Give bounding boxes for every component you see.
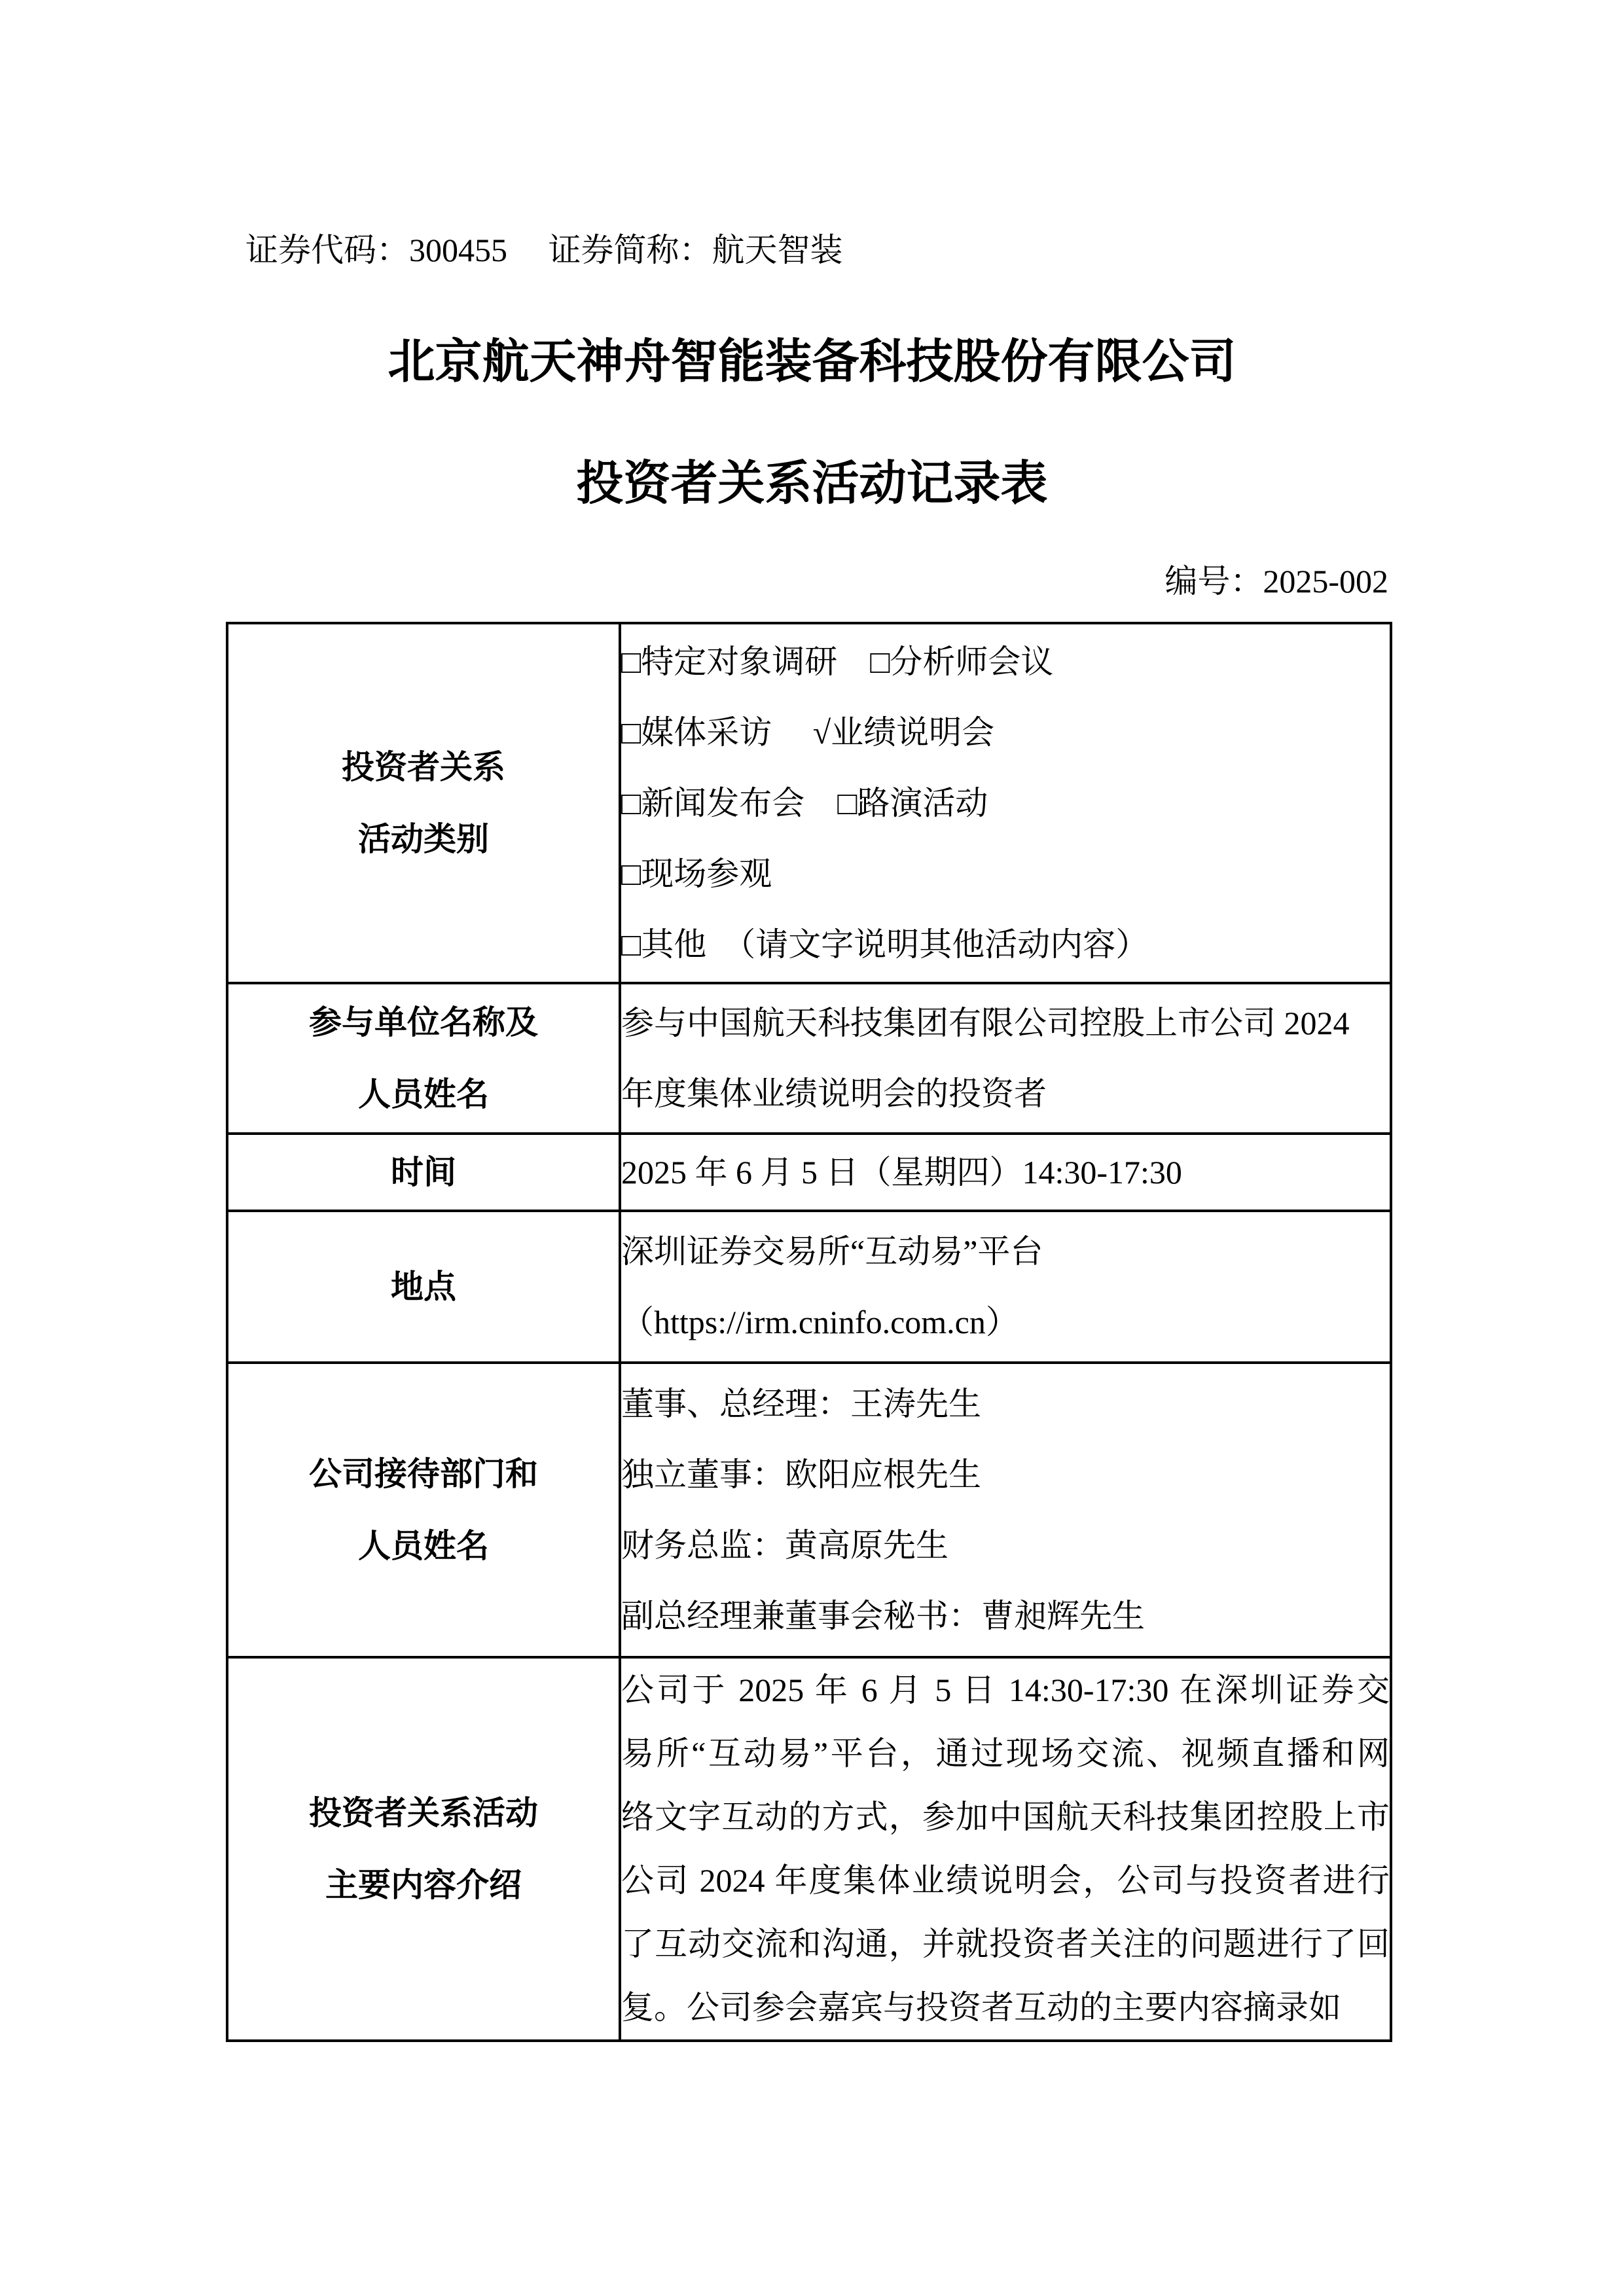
time-text-line: 2025 年 6 月 5 日（星期四）14:30-17:30 xyxy=(621,1137,1390,1208)
row-content-participants: 参与中国航天科技集团有限公司控股上市公司 2024 年度集体业绩说明会的投资者 xyxy=(620,983,1391,1134)
row-activity-type: 投资者关系 活动类别 □特定对象调研 □分析师会议 □媒体采访 √业绩说明会 □… xyxy=(227,623,1391,983)
row-participants: 参与单位名称及 人员姓名 参与中国航天科技集团有限公司控股上市公司 2024 年… xyxy=(227,983,1391,1134)
row-content-time: 2025 年 6 月 5 日（星期四）14:30-17:30 xyxy=(620,1134,1391,1211)
row-label-time: 时间 xyxy=(227,1134,620,1211)
summary-text-line: 易所“互动易”平台，通过现场交流、视频直播和网 xyxy=(621,1722,1390,1785)
row-location: 地点 深圳证券交易所“互动易”平台 （https://irm.cninfo.co… xyxy=(227,1211,1391,1363)
activity-type-option: □媒体采访 √业绩说明会 xyxy=(621,697,1390,768)
participants-text-line: 参与中国航天科技集团有限公司控股上市公司 2024 xyxy=(621,988,1390,1058)
row-label-line: 主要内容介绍 xyxy=(228,1849,619,1921)
row-company-receivers: 公司接待部门和 人员姓名 董事、总经理：王涛先生 独立董事：欧阳应根先生 财务总… xyxy=(227,1363,1391,1657)
summary-text-line: 络文字互动的方式，参加中国航天科技集团控股上市 xyxy=(621,1785,1390,1849)
summary-text-line: 复。公司参会嘉宾与投资者互动的主要内容摘录如 xyxy=(621,1976,1390,2039)
receiver-person-line: 副总经理兼董事会秘书：曹昶辉先生 xyxy=(621,1581,1390,1651)
document-subtitle: 投资者关系活动记录表 xyxy=(0,456,1624,512)
activity-type-option: □现场参观 xyxy=(621,838,1390,909)
summary-text-line: 公司 2024 年度集体业绩说明会，公司与投资者进行 xyxy=(621,1849,1390,1912)
row-label-activity-summary: 投资者关系活动 主要内容介绍 xyxy=(227,1657,620,2041)
row-content-activity-type: □特定对象调研 □分析师会议 □媒体采访 √业绩说明会 □新闻发布会 □路演活动… xyxy=(620,623,1391,983)
row-label-participants: 参与单位名称及 人员姓名 xyxy=(227,983,620,1134)
participants-text-line: 年度集体业绩说明会的投资者 xyxy=(621,1058,1390,1129)
row-label-activity-type: 投资者关系 活动类别 xyxy=(227,623,620,983)
stock-code-line: 证券代码：300455 证券简称：航天智装 xyxy=(245,230,843,270)
receiver-person-line: 独立董事：欧阳应根先生 xyxy=(621,1439,1390,1510)
document-number: 编号：2025-002 xyxy=(1164,562,1388,601)
row-label-line: 地点 xyxy=(228,1251,619,1323)
activity-type-option: □新闻发布会 □路演活动 xyxy=(621,768,1390,838)
summary-text-line: 了互动交流和沟通，并就投资者关注的问题进行了回 xyxy=(621,1912,1390,1976)
row-label-line: 公司接待部门和 xyxy=(228,1438,619,1510)
summary-text-line: 公司于 2025 年 6 月 5 日 14:30-17:30 在深圳证券交 xyxy=(621,1659,1390,1722)
location-url-line: （https://irm.cninfo.com.cn） xyxy=(621,1287,1390,1357)
row-label-line: 活动类别 xyxy=(228,803,619,875)
location-text-line: 深圳证券交易所“互动易”平台 xyxy=(621,1216,1390,1287)
document-page: 证券代码：300455 证券简称：航天智装 北京航天神舟智能装备科技股份有限公司… xyxy=(0,0,1624,2296)
receiver-person-line: 财务总监：黄高原先生 xyxy=(621,1510,1390,1581)
row-label-location: 地点 xyxy=(227,1211,620,1363)
row-label-line: 人员姓名 xyxy=(228,1058,619,1130)
row-content-company-receivers: 董事、总经理：王涛先生 独立董事：欧阳应根先生 财务总监：黄高原先生 副总经理兼… xyxy=(620,1363,1391,1657)
row-label-line: 人员姓名 xyxy=(228,1510,619,1582)
row-content-location: 深圳证券交易所“互动易”平台 （https://irm.cninfo.com.c… xyxy=(620,1211,1391,1363)
activity-type-option: □特定对象调研 □分析师会议 xyxy=(621,626,1390,697)
activity-type-option: □其他 （请文字说明其他活动内容） xyxy=(621,909,1390,980)
row-content-activity-summary: 公司于 2025 年 6 月 5 日 14:30-17:30 在深圳证券交 易所… xyxy=(620,1657,1391,2041)
record-table: 投资者关系 活动类别 □特定对象调研 □分析师会议 □媒体采访 √业绩说明会 □… xyxy=(226,622,1392,2042)
receiver-person-line: 董事、总经理：王涛先生 xyxy=(621,1369,1390,1439)
row-time: 时间 2025 年 6 月 5 日（星期四）14:30-17:30 xyxy=(227,1134,1391,1211)
company-name-title: 北京航天神舟智能装备科技股份有限公司 xyxy=(0,334,1624,390)
row-label-company-receivers: 公司接待部门和 人员姓名 xyxy=(227,1363,620,1657)
row-label-line: 投资者关系 xyxy=(228,731,619,803)
row-activity-summary: 投资者关系活动 主要内容介绍 公司于 2025 年 6 月 5 日 14:30-… xyxy=(227,1657,1391,2041)
row-label-line: 参与单位名称及 xyxy=(228,986,619,1058)
row-label-line: 投资者关系活动 xyxy=(228,1777,619,1849)
row-label-line: 时间 xyxy=(228,1136,619,1208)
